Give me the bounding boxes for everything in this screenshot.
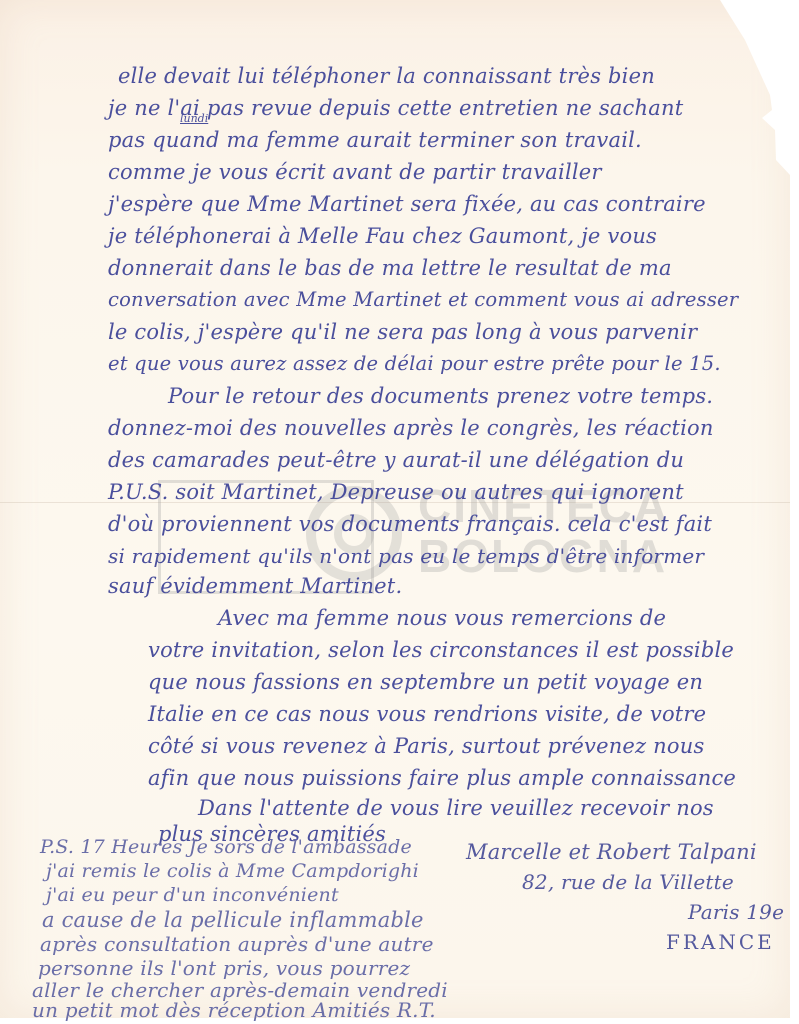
body-line: elle devait lui téléphoner la connaissan… <box>118 64 655 88</box>
body-line: si rapidement qu'ils n'ont pas eu le tem… <box>108 544 704 568</box>
body-line: donnerait dans le bas de ma lettre le re… <box>108 256 672 280</box>
body-line: Italie en ce cas nous vous rendrions vis… <box>148 702 706 726</box>
ps-line: personne ils l'ont pris, vous pourrez <box>38 956 410 980</box>
ps-line: a cause de la pellicule inflammable <box>42 908 424 932</box>
body-line: que nous fassions en septembre un petit … <box>148 670 703 694</box>
body-line: Avec ma femme nous vous remercions de <box>218 606 666 630</box>
address-street: 82, rue de la Villette <box>522 870 734 894</box>
body-line: conversation avec Mme Martinet et commen… <box>108 288 738 311</box>
body-line: comme je vous écrit avant de partir trav… <box>108 160 602 184</box>
ps-line: j'ai remis le colis à Mme Campdorighi <box>46 860 419 882</box>
body-line: j'espère que Mme Martinet sera fixée, au… <box>108 192 706 216</box>
body-line: sauf évidemment Martinet. <box>108 574 402 598</box>
body-line: pas quand ma femme aurait terminer son t… <box>108 128 642 152</box>
ps-line: P.S. 17 Heures Je sors de l'ambassade <box>40 836 412 858</box>
body-line: le colis, j'espère qu'il ne sera pas lon… <box>108 320 697 344</box>
body-line: d'où proviennent vos documents français.… <box>108 512 712 536</box>
body-line: P.U.S. soit Martinet, Depreuse ou autres… <box>108 480 684 504</box>
ps-line: j'ai eu peur d'un inconvénient <box>46 884 339 906</box>
body-line: des camarades peut-être y aurat-il une d… <box>108 448 684 472</box>
body-line: et que vous aurez assez de délai pour es… <box>108 352 721 375</box>
body-line: côté si vous revenez à Paris, surtout pr… <box>148 734 704 758</box>
signature-name: Marcelle et Robert Talpani <box>466 840 757 864</box>
body-line: donnez-moi des nouvelles après le congrè… <box>108 416 714 440</box>
body-line: Dans l'attente de vous lire veuillez rec… <box>198 796 714 820</box>
address-country: FRANCE <box>666 930 775 954</box>
ps-line: après consultation auprès d'une autre <box>40 932 434 956</box>
body-line: Pour le retour des documents prenez votr… <box>168 384 713 408</box>
body-line: votre invitation, selon les circonstance… <box>148 638 734 662</box>
address-city: Paris 19e <box>688 900 784 924</box>
body-line: afin que nous puissions faire plus ample… <box>148 766 736 790</box>
ps-line: un petit mot dès réception Amitiés R.T. <box>32 998 436 1022</box>
body-line: je téléphonerai à Melle Fau chez Gaumont… <box>108 224 657 248</box>
body-line: je ne l'ai pas revue depuis cette entret… <box>108 96 683 120</box>
